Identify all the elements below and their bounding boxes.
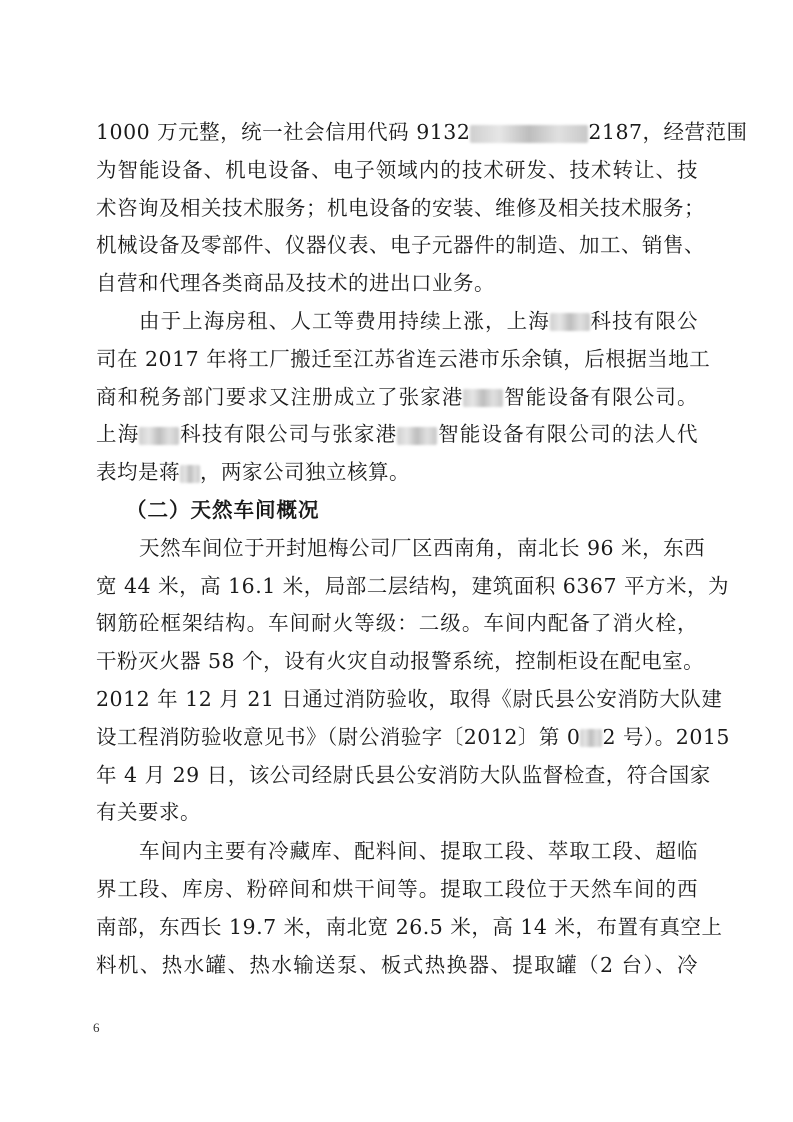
text-line: 干粉灭火器 58 个，设有火灾自动报警系统，控制柜设在配电室。 — [96, 643, 698, 681]
text-line: 为智能设备、机电设备、电子领域内的技术研发、技术转让、技 — [96, 152, 698, 190]
redacted-person-name — [180, 465, 200, 483]
document-page: 1000 万元整，统一社会信用代码 91322187，经营范围 为智能设备、机电… — [0, 0, 793, 1122]
text-line: 2012 年 12 月 21 日通过消防验收，取得《尉氏县公安消防大队建 — [96, 681, 698, 719]
text-line: 年 4 月 29 日，该公司经尉氏县公安消防大队监督检查，符合国家 — [96, 757, 698, 795]
text-line: 商和税务部门要求又注册成立了张家港智能设备有限公司。 — [96, 379, 698, 417]
document-body: 1000 万元整，统一社会信用代码 91322187，经营范围 为智能设备、机电… — [96, 114, 698, 984]
text-line: 南部，东西长 19.7 米，南北宽 26.5 米，高 14 米，布置有真空上 — [96, 909, 698, 947]
redacted-company-name — [463, 389, 503, 407]
text-line: 设工程消防验收意见书》（尉公消验字〔2012〕第 02 号）。2015 — [96, 719, 698, 757]
text-line: 上海科技有限公司与张家港智能设备有限公司的法人代 — [96, 416, 698, 454]
text-line: 有关要求。 — [96, 794, 698, 832]
redacted-document-number — [580, 729, 602, 747]
text-line: 钢筋砼框架结构。车间耐火等级：二级。车间内配备了消火栓， — [96, 605, 698, 643]
paragraph-workshop-layout: 车间内主要有冷藏库、配料间、提取工段、萃取工段、超临 界工段、库房、粉碎间和烘干… — [96, 833, 698, 984]
redacted-credit-code — [470, 125, 588, 143]
paragraph-relocation: 由于上海房租、人工等费用持续上涨，上海科技有限公 司在 2017 年将工厂搬迁至… — [96, 303, 698, 492]
text-line: 料机、热水罐、热水输送泵、板式热换器、提取罐（2 台）、冷 — [96, 947, 698, 985]
text-line: 机械设备及零部件、仪器仪表、电子元器件的制造、加工、销售、 — [96, 227, 698, 265]
section-heading: （二）天然车间概况 — [96, 492, 698, 530]
text-line: 术咨询及相关技术服务；机电设备的安装、维修及相关技术服务； — [96, 190, 698, 228]
text-line: 界工段、库房、粉碎间和烘干间等。提取工段位于天然车间的西 — [96, 871, 698, 909]
redacted-company-name — [397, 427, 437, 445]
text-line: 1000 万元整，统一社会信用代码 91322187，经营范围 — [96, 114, 698, 152]
text-line: 车间内主要有冷藏库、配料间、提取工段、萃取工段、超临 — [96, 833, 698, 871]
paragraph-workshop-overview: 天然车间位于开封旭梅公司厂区西南角，南北长 96 米，东西 宽 44 米，高 1… — [96, 530, 698, 832]
page-number: 6 — [93, 1020, 100, 1036]
paragraph-business-scope: 1000 万元整，统一社会信用代码 91322187，经营范围 为智能设备、机电… — [96, 114, 698, 303]
text-line: 自营和代理各类商品及技术的进出口业务。 — [96, 265, 698, 303]
text-line: 由于上海房租、人工等费用持续上涨，上海科技有限公 — [96, 303, 698, 341]
text-line: 表均是蒋，两家公司独立核算。 — [96, 454, 698, 492]
text-line: 司在 2017 年将工厂搬迁至江苏省连云港市乐余镇，后根据当地工 — [96, 341, 698, 379]
text-line: 宽 44 米，高 16.1 米，局部二层结构，建筑面积 6367 平方米，为 — [96, 568, 698, 606]
redacted-company-name — [550, 313, 590, 331]
text-line: 天然车间位于开封旭梅公司厂区西南角，南北长 96 米，东西 — [96, 530, 698, 568]
redacted-company-name — [139, 427, 179, 445]
